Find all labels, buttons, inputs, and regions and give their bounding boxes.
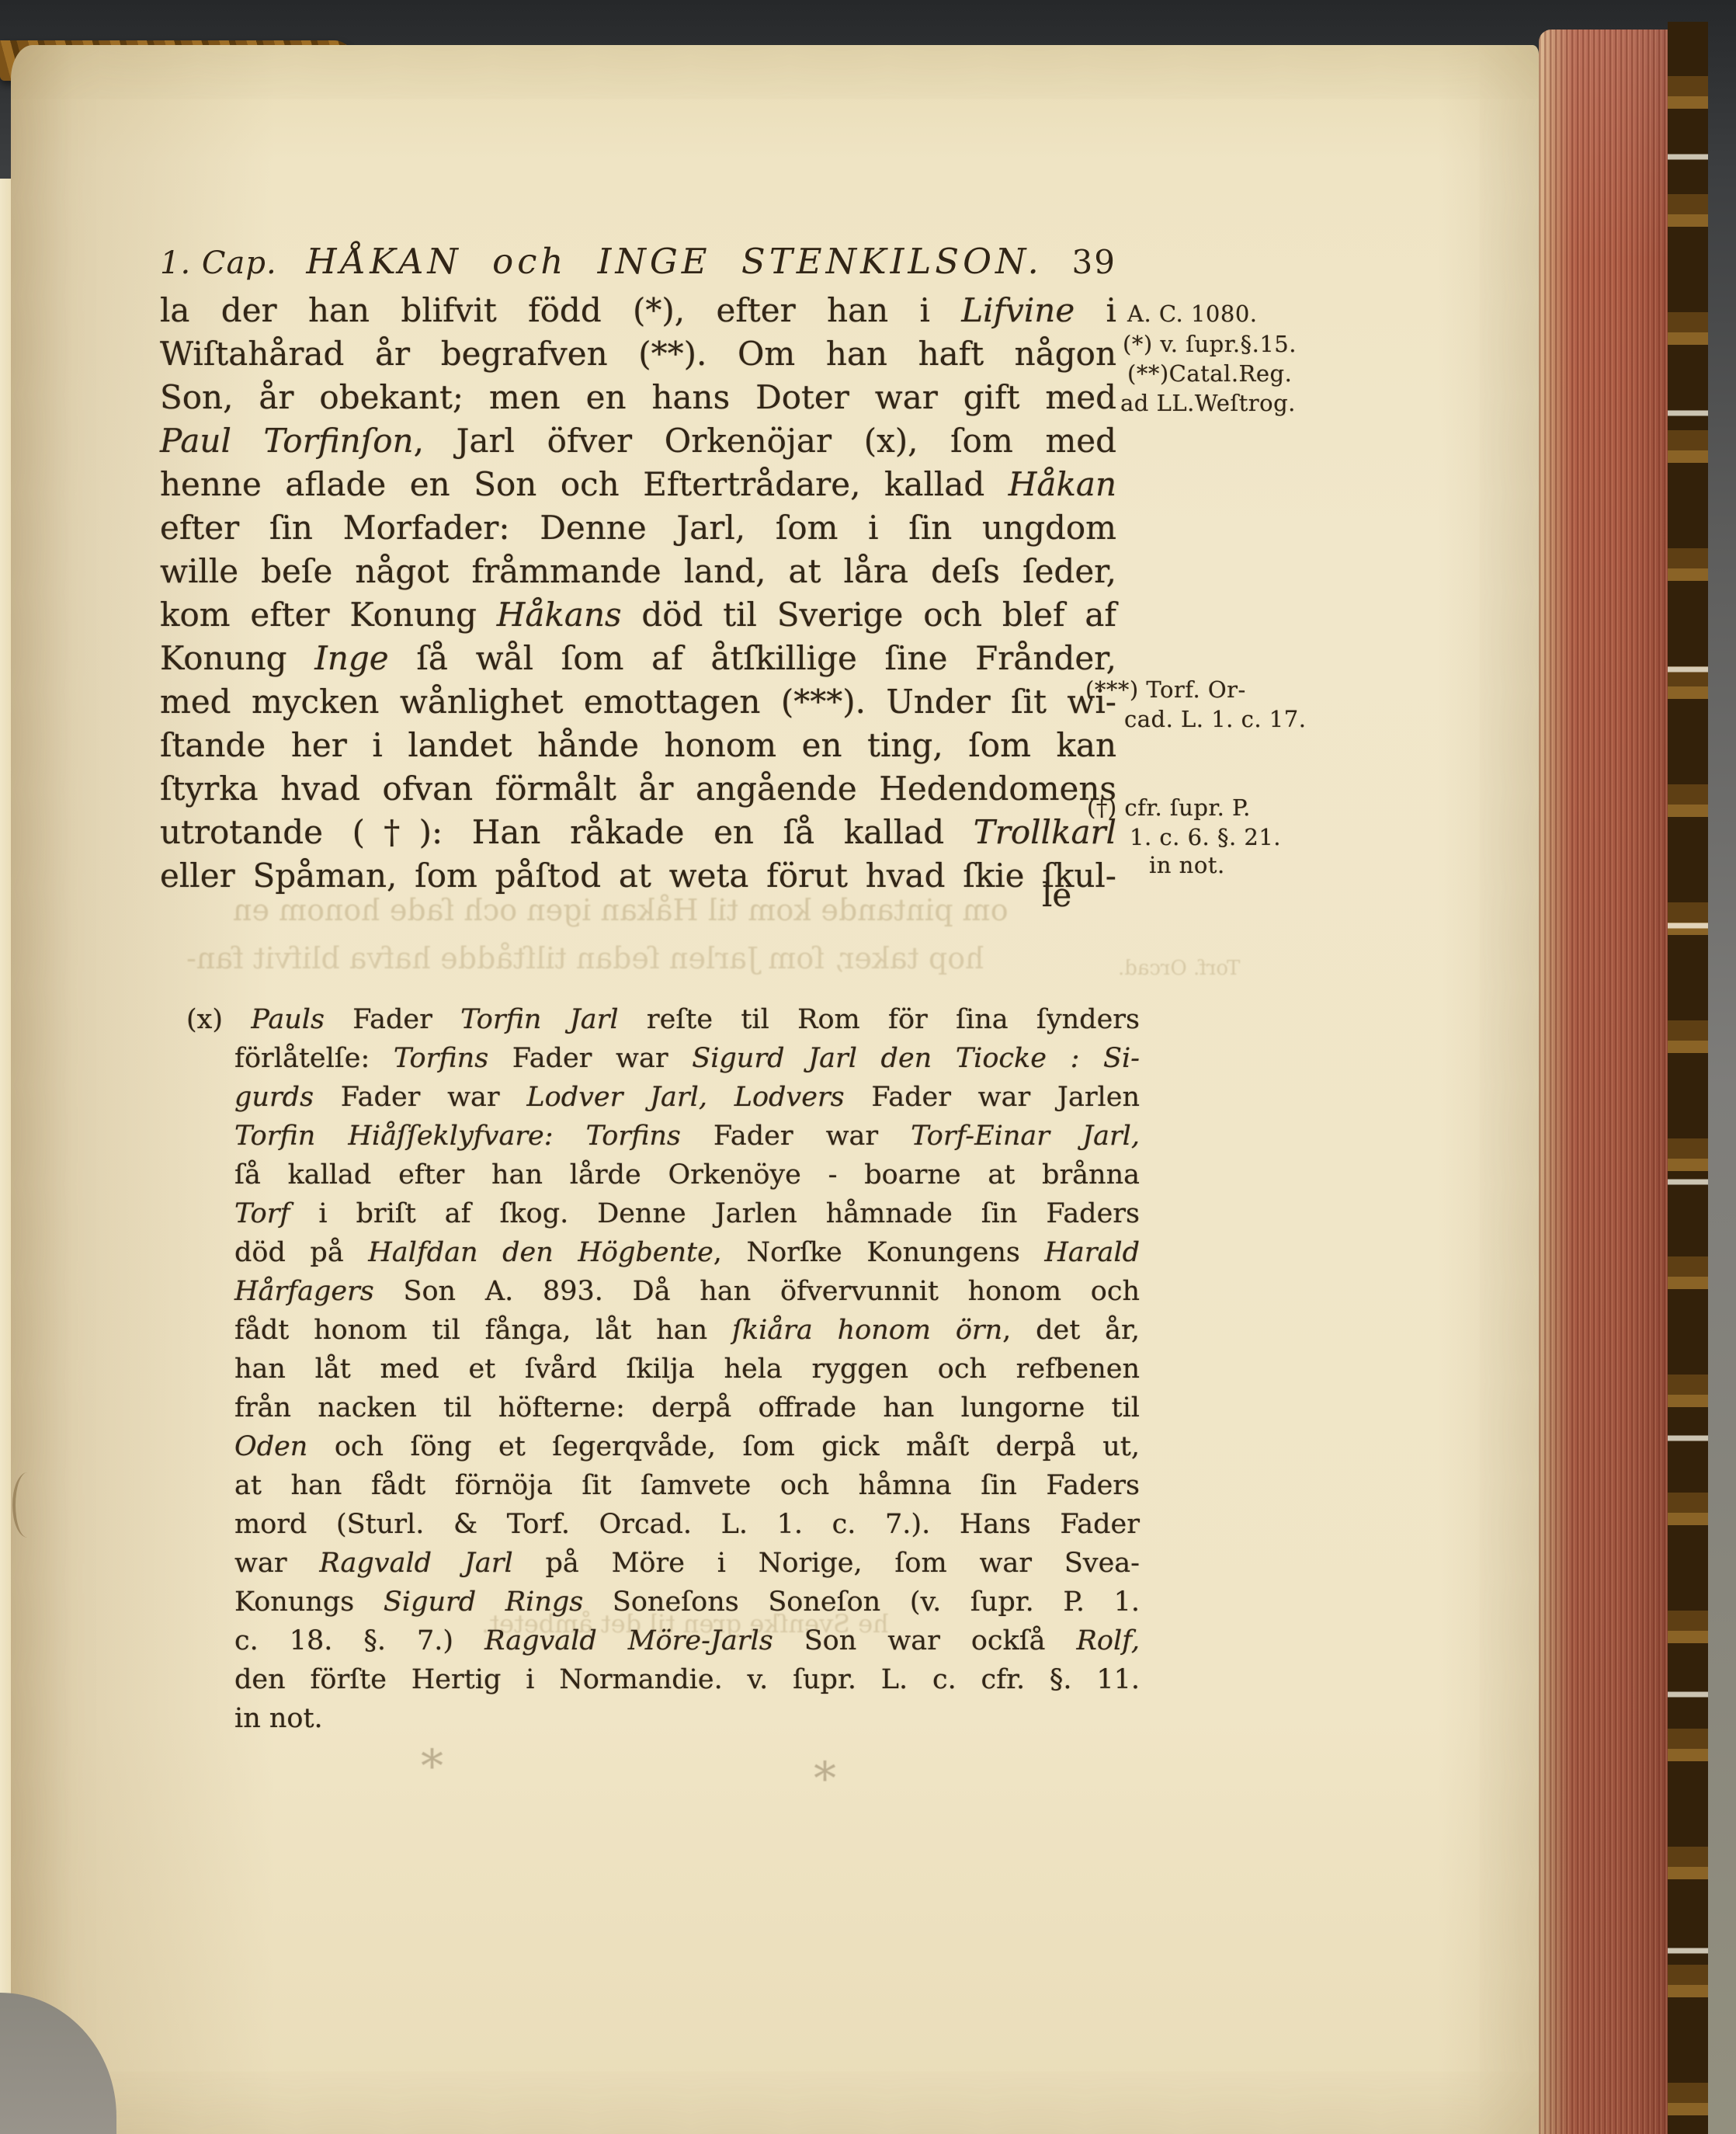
margin-note-double-star-cont: ad LL.Weſtrog. [1120,389,1296,417]
text-line: från nacken til höfterne: derpå offrade … [234,1388,1140,1427]
text-line: la der han blifvit född (*), efter han i… [160,289,1116,332]
text-line: in not. [234,1699,1140,1738]
asterisk-ornament: * [814,1752,836,1805]
margin-note-dagger: (†) cfr. ſupr. P. [1087,794,1251,822]
text-line: Wiſtahårad år begrafven (**). Om han haf… [160,332,1116,376]
page-crease-mark [12,1472,45,1538]
text-line: ſtyrka hvad ofvan förmålt år angående He… [160,767,1116,811]
bleedthrough-text: om pintande kom til Håkan igen och ſade … [233,893,1009,927]
text-line: Hårfagers Son A. 893. Då han öfvervunnit… [234,1272,1140,1311]
hyphen-carry-word: le [1042,876,1071,914]
chapter-label: 1. Cap. [160,245,277,281]
text-line: fådt honom til fånga, låt han ſkiåra hon… [234,1311,1140,1350]
page-number: 39 [1072,243,1116,281]
text-line: henne aflade en Son och Eftertrådare, ka… [160,463,1116,506]
text-line: ſå kallad efter han lårde Orkenöye - boa… [234,1156,1140,1194]
margin-note-double-star: (**)Catal.Reg. [1127,360,1292,388]
text-line: utrotande (†): Han råkade en ſå kallad T… [160,811,1116,854]
text-line: kom efter Konung Håkans död til Sverige … [160,593,1116,637]
text-line: c. 18. §. 7.) Ragvald Möre-Jarls Son war… [234,1621,1140,1660]
book-fore-edge-pages [1539,30,1668,2134]
text-line: Torf i briſt af ſkog. Denne Jarlen håmna… [234,1194,1140,1233]
text-line: gurds Fader war Lodver Jarl, Lodvers Fad… [234,1078,1140,1117]
margin-note-dagger-end: in not. [1149,851,1225,879]
text-line: med mycken wånlighet emottagen (***). Un… [160,680,1116,724]
text-line: Konungs Sigurd Rings Soneſons Soneſon (v… [234,1583,1140,1621]
text-line: mord (Sturl. & Torf. Orcad. L. 1. c. 7.)… [234,1505,1140,1544]
text-line: at han fådt förnöja ſit ſamvete och håmn… [234,1466,1140,1505]
text-line: den förſte Hertig i Normandie. v. ſupr. … [234,1660,1140,1699]
page-header: 1. Cap. HÅKAN och INGE STENKILSON. 39 [160,241,1116,282]
text-line: Oden och ſöng et ſegerqvåde, ſom gick må… [234,1427,1140,1466]
book-photograph: om pintande kom til Håkan igen och ſade … [0,0,1736,2134]
text-line: wille beſe något fråmmande land, at låra… [160,550,1116,593]
main-text-block: la der han blifvit född (*), efter han i… [160,289,1116,898]
running-title: HÅKAN och INGE STENKILSON. [306,241,1042,282]
text-line: efter ſin Morfader: Denne Jarl, ſom i ſi… [160,506,1116,550]
text-line: ſtande her i landet hånde honom en ting,… [160,724,1116,767]
bleedthrough-text: hop taker, ſom Jarlen ſedan tilſtådde ha… [186,941,984,975]
text-line: död på Halfdan den Högbente, Norſke Konu… [234,1233,1140,1272]
text-line: Konung Inge ſå wål ſom af åtſkillige ſin… [160,637,1116,680]
text-line: (x) Pauls Fader Torfin Jarl reſte til Ro… [234,1000,1140,1039]
text-line: Torfin Hiåſſeklyfvare: Torfins Fader war… [234,1117,1140,1156]
text-line: Paul Torfinſon, Jarl öfver Orkenöjar (x)… [160,419,1116,463]
margin-note-triple-star: (***) Torf. Or- [1085,676,1246,704]
text-line: Son, år obekant; men en hans Doter war g… [160,376,1116,419]
margin-note-year: A. C. 1080. [1127,300,1258,328]
margin-note-triple-star-cont: cad. L. 1. c. 17. [1124,705,1306,733]
text-line: förlåtelſe: Torfins Fader war Sigurd Jar… [234,1039,1140,1078]
text-line: war Ragvald Jarl på Möre i Norige, ſom w… [234,1544,1140,1583]
text-line: eller Spåman, ſom påſtod at weta förut h… [160,854,1116,898]
text-line: han låt med et ſvård ſkilja hela ryggen … [234,1350,1140,1388]
bleedthrough-text: Torf. Orcad. [1118,957,1240,980]
asterisk-ornament: * [421,1740,443,1792]
margin-note-star: (*) v. ſupr.§.15. [1123,330,1297,358]
footnote-block: (x) Pauls Fader Torfin Jarl reſte til Ro… [234,1000,1140,1738]
book-leather-cover-edge [1668,22,1708,2134]
margin-note-dagger-cont: 1. c. 6. §. 21. [1130,823,1281,851]
